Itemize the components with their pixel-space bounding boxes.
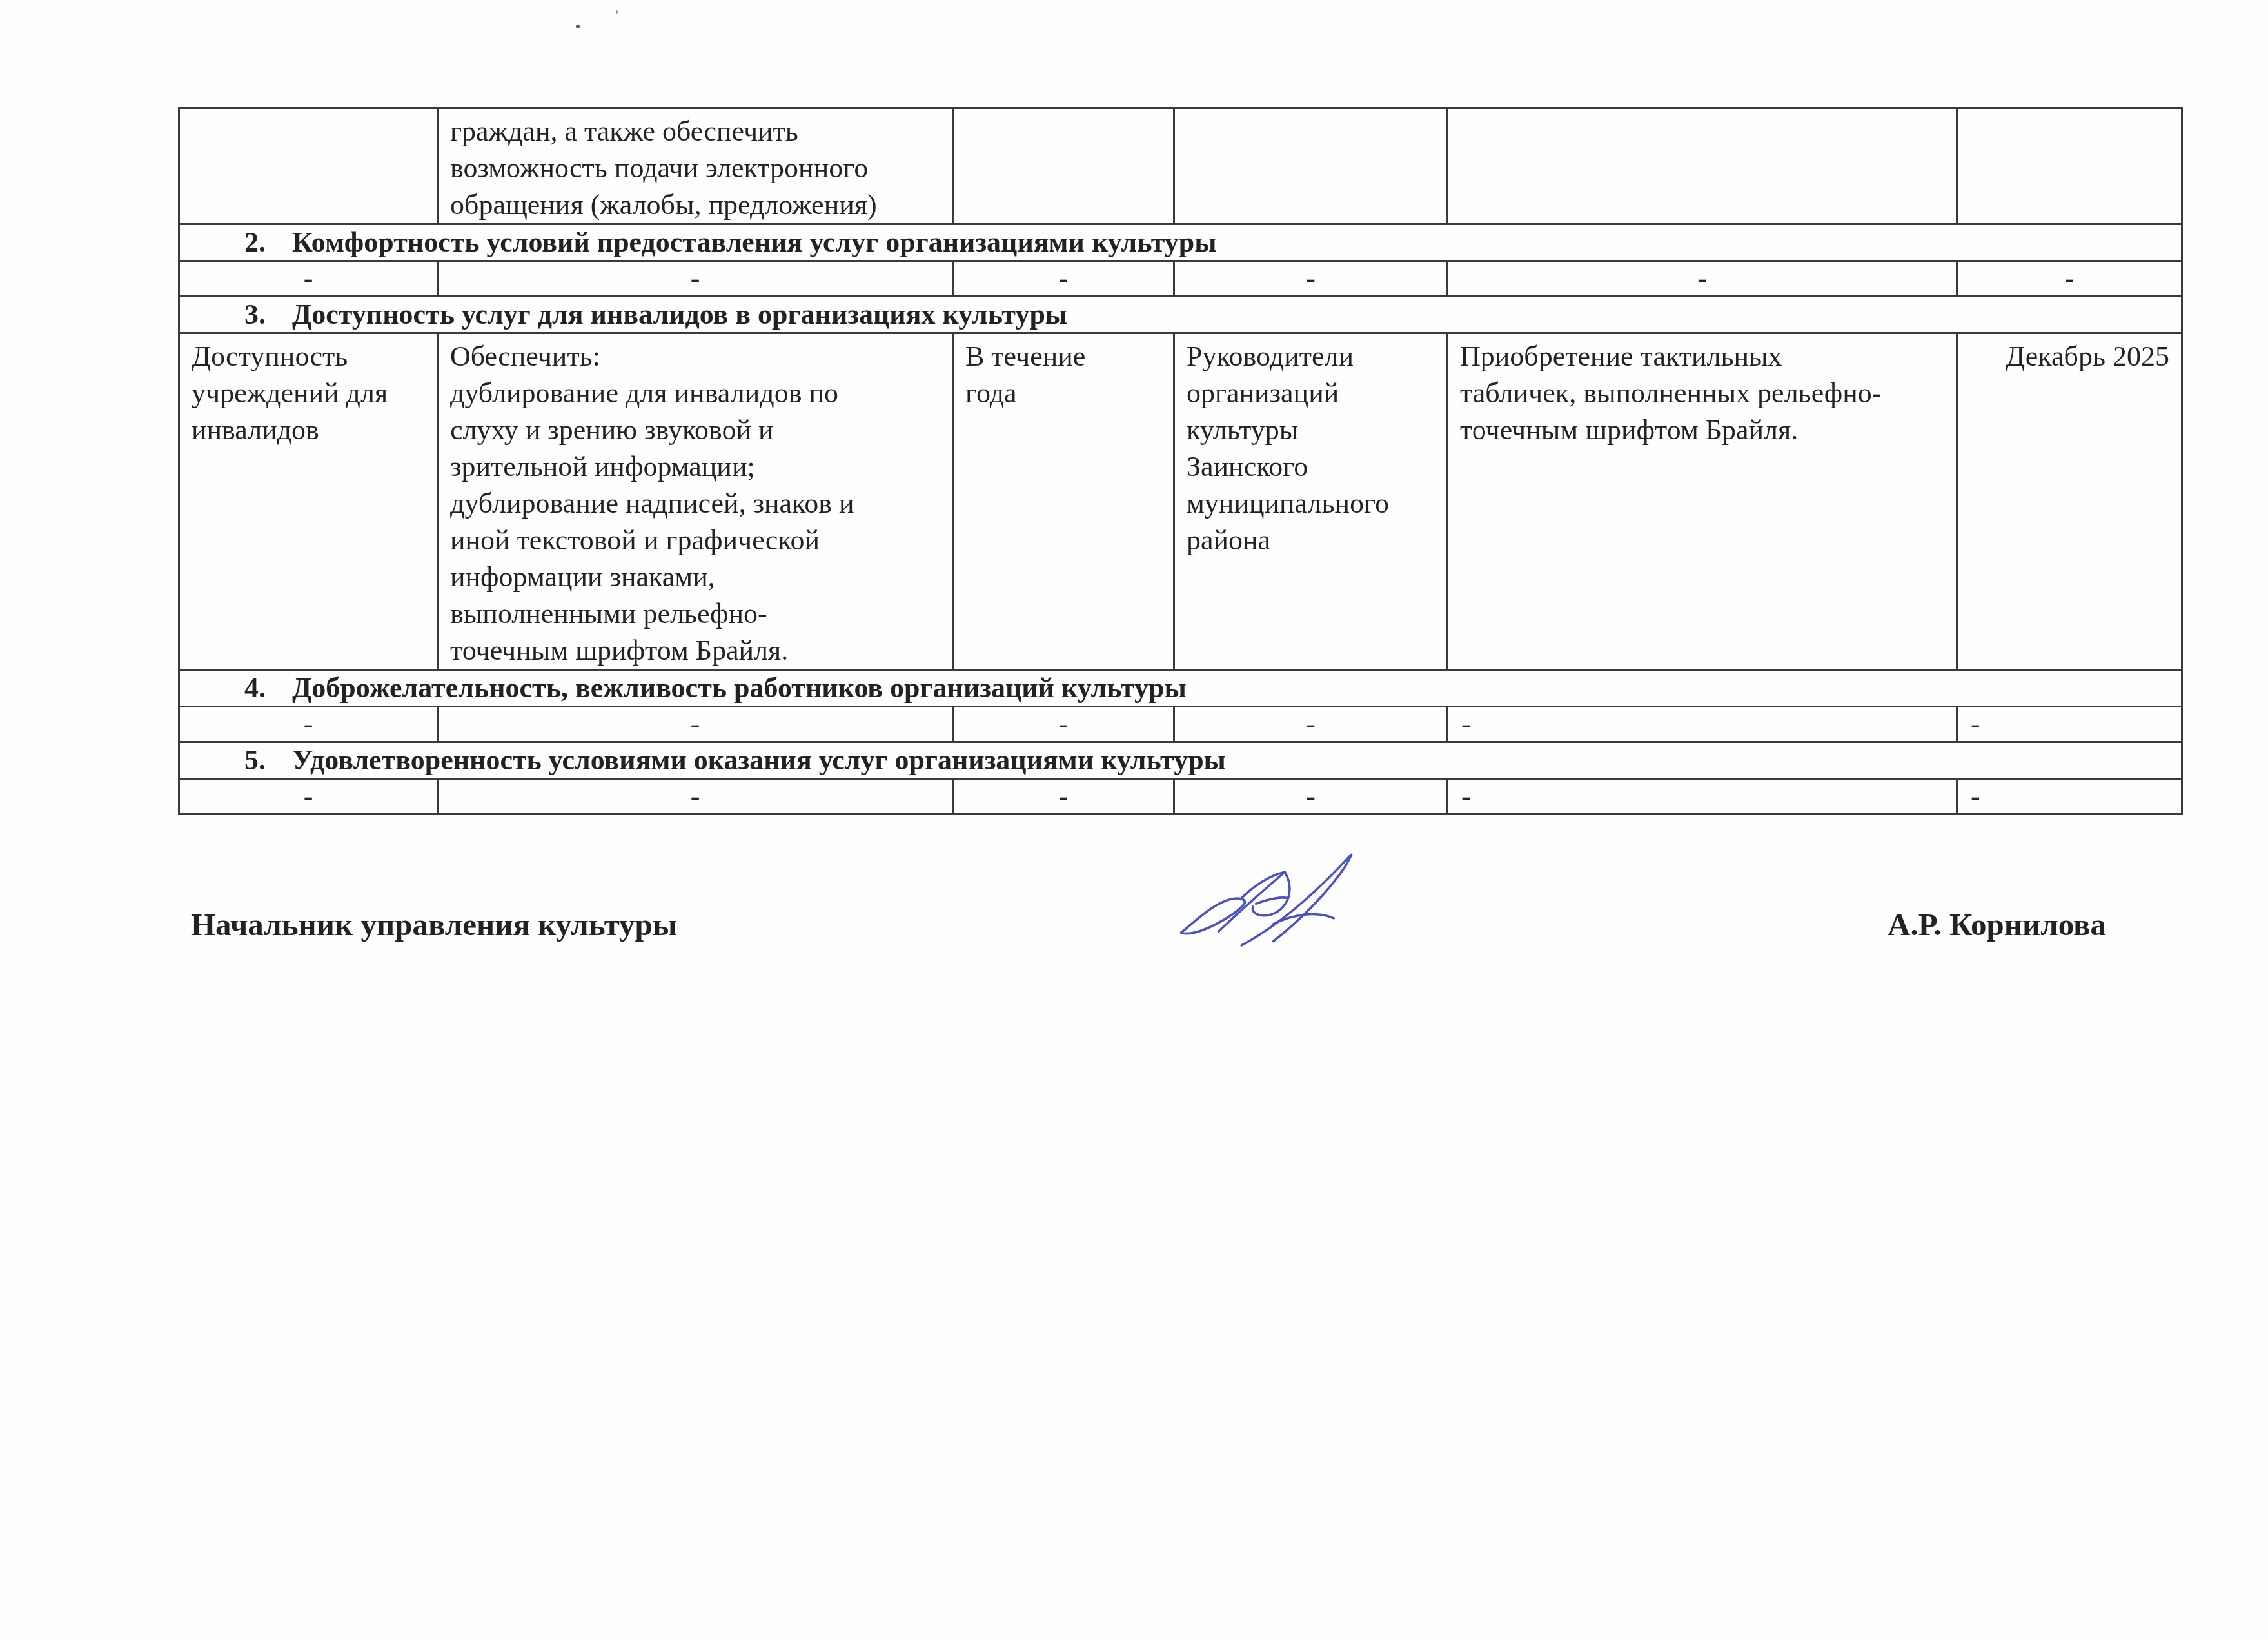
section-heading-5: 5.Удовлетворенность условиями оказания у…	[179, 742, 2182, 779]
cell-indicator	[179, 108, 438, 224]
cell-responsible: -	[1174, 779, 1448, 815]
cell-responsible: Руководители организаций культуры Заинск…	[1174, 333, 1448, 670]
section-title: Доброжелательность, вежливость работнико…	[292, 672, 1187, 704]
section-title: Комфортность условий предоставления услу…	[292, 226, 1217, 258]
action-plan-table: граждан, а также обеспечить возможность …	[178, 107, 2183, 815]
cell-indicator: Доступность учреждений для инвалидов	[179, 333, 438, 670]
cell-measure: -	[438, 779, 953, 815]
cell-date	[1957, 108, 2182, 224]
cell-deadline: -	[953, 261, 1174, 297]
scan-speck	[576, 25, 580, 28]
cell-deadline: -	[953, 779, 1174, 815]
cell-responsible	[1174, 108, 1448, 224]
handwritten-signature-icon	[1161, 838, 1380, 958]
cell-deadline	[953, 108, 1174, 224]
cell-deadline: -	[953, 707, 1174, 742]
cell-deadline: В течение года	[953, 333, 1174, 670]
cell-result: Приобретение тактильных табличек, выполн…	[1448, 333, 1957, 670]
cell-measure: граждан, а также обеспечить возможность …	[438, 108, 953, 224]
cell-measure: Обеспечить: дублирование для инвалидов п…	[438, 333, 953, 670]
table-row: граждан, а также обеспечить возможность …	[179, 108, 2182, 224]
section-heading-4: 4.Доброжелательность, вежливость работни…	[179, 670, 2182, 707]
section-title: Доступность услуг для инвалидов в органи…	[292, 299, 1067, 330]
cell-indicator: -	[179, 707, 438, 742]
cell-responsible: -	[1174, 261, 1448, 297]
cell-date: -	[1957, 707, 2182, 742]
scan-speck	[616, 10, 618, 14]
table-row: Доступность учреждений для инвалидов Обе…	[179, 333, 2182, 670]
section-number: 3.	[244, 297, 292, 332]
cell-indicator: -	[179, 261, 438, 297]
cell-result: -	[1448, 707, 1957, 742]
signature-block: Начальник управления культуры А.Р. Корни…	[191, 906, 2106, 958]
cell-measure: -	[438, 261, 953, 297]
cell-result: -	[1448, 779, 1957, 815]
section-number: 4.	[244, 671, 292, 706]
table-row: - - - - - -	[179, 707, 2182, 742]
cell-date: Декабрь 2025	[1957, 333, 2182, 670]
cell-measure: -	[438, 707, 953, 742]
table-row: - - - - - -	[179, 261, 2182, 297]
section-heading-2: 2.Комфортность условий предоставления ус…	[179, 224, 2182, 261]
table-row: - - - - - -	[179, 779, 2182, 815]
cell-responsible: -	[1174, 707, 1448, 742]
section-title: Удовлетворенность условиями оказания усл…	[292, 744, 1226, 776]
signatory-name: А.Р. Корнилова	[1888, 906, 2106, 943]
cell-indicator: -	[179, 779, 438, 815]
cell-date: -	[1957, 261, 2182, 297]
cell-result	[1448, 108, 1957, 224]
section-number: 2.	[244, 225, 292, 260]
scanned-page: граждан, а также обеспечить возможность …	[0, 0, 2268, 1640]
section-number: 5.	[244, 743, 292, 778]
cell-date: -	[1957, 779, 2182, 815]
position-title: Начальник управления культуры	[191, 906, 677, 943]
section-heading-3: 3.Доступность услуг для инвалидов в орга…	[179, 297, 2182, 333]
cell-result: -	[1448, 261, 1957, 297]
